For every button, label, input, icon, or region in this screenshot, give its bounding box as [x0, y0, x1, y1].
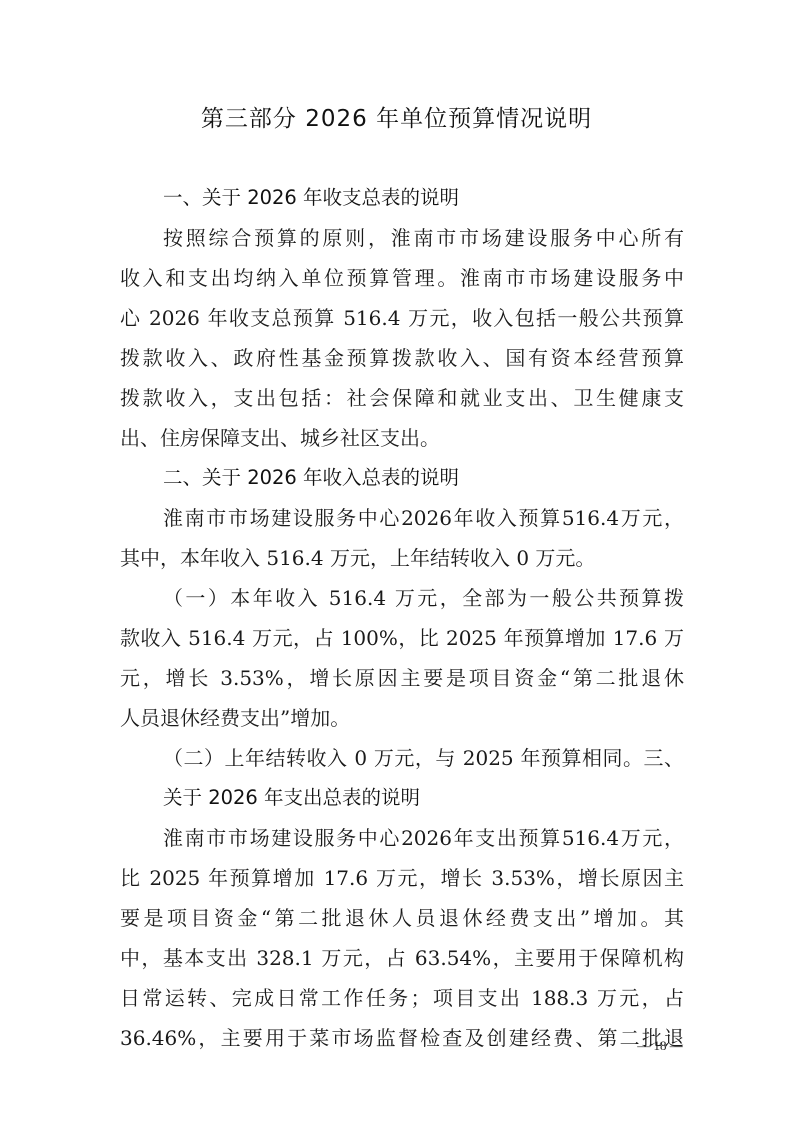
- body-line: （一）本年收入 516.4 万元，全部为一般公共预算拨: [163, 578, 684, 618]
- page-number: — 18 —: [630, 1038, 690, 1054]
- body-line: 中，基本支出 328.1 万元，占 63.54%，主要用于保障机构: [120, 938, 684, 978]
- body-line: 心 2026 年收支总预算 516.4 万元，收入包括一般公共预算: [120, 298, 684, 338]
- body-line: 日常运转、完成日常工作任务；项目支出 188.3 万元，占: [120, 978, 684, 1018]
- body-line: 比 2025 年预算增加 17.6 万元，增长 3.53%，增长原因主: [120, 858, 684, 898]
- body-line: 拨款收入，支出包括：社会保障和就业支出、卫生健康支: [120, 378, 684, 418]
- page-title: 第三部分 2026 年单位预算情况说明: [0, 100, 793, 133]
- body-line: 款收入 516.4 万元，占 100%，比 2025 年预算增加 17.6 万: [120, 618, 684, 658]
- body-line: 人员退休经费支出”增加。: [120, 698, 684, 738]
- body-line: 出、住房保障支出、城乡社区支出。: [120, 418, 684, 458]
- body-line: 36.46%，主要用于菜市场监督检查及创建经费、第二批退: [120, 1018, 684, 1058]
- body-line: 其中，本年收入 516.4 万元，上年结转收入 0 万元。: [120, 538, 684, 578]
- body-line: 关于 2026 年支出总表的说明: [163, 778, 684, 818]
- body-line: 二、关于 2026 年收入总表的说明: [163, 458, 684, 498]
- body-line: 元，增长 3.53%，增长原因主要是项目资金“第二批退休: [120, 658, 684, 698]
- body-line: 要是项目资金“第二批退休人员退休经费支出”增加。其: [120, 898, 684, 938]
- body-line: （二）上年结转收入 0 万元，与 2025 年预算相同。三、: [163, 738, 684, 778]
- body-line: 一、关于 2026 年收支总表的说明: [163, 178, 684, 218]
- body-line: 淮南市市场建设服务中心2026年收入预算516.4万元，: [163, 498, 684, 538]
- body-line: 收入和支出均纳入单位预算管理。淮南市市场建设服务中: [120, 258, 684, 298]
- body-line: 淮南市市场建设服务中心2026年支出预算516.4万元，: [163, 818, 684, 858]
- body-line: 拨款收入、政府性基金预算拨款收入、国有资本经营预算: [120, 338, 684, 378]
- body-line: 按照综合预算的原则，淮南市市场建设服务中心所有: [163, 218, 684, 258]
